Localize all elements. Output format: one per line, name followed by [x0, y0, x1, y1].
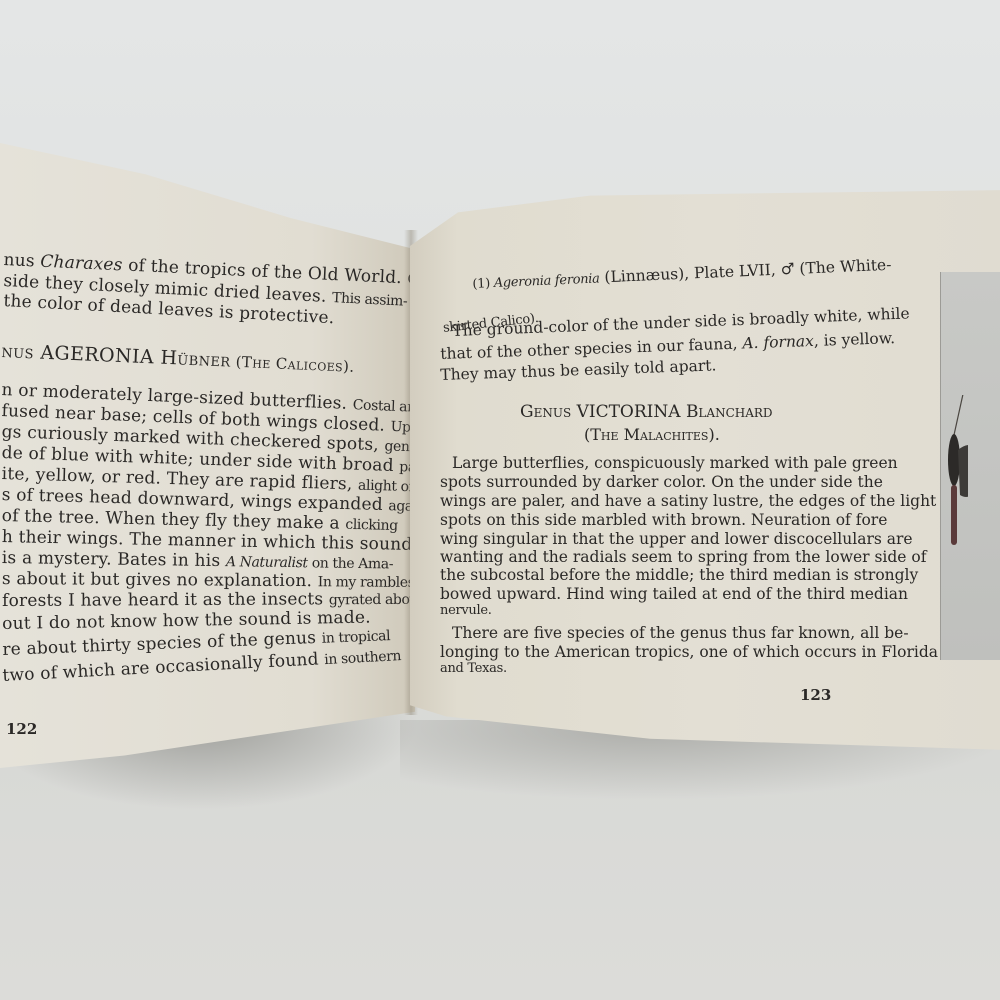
left-genus-heading: nus AGERONIA Hübner (The Calicoes).: [1, 340, 355, 377]
page-number-left: 122: [6, 720, 37, 738]
description-line: spots surrounded by darker color. On the…: [440, 473, 883, 491]
description-line: nervule.: [440, 603, 492, 618]
closing-line: There are five species of the genus thus…: [452, 624, 909, 642]
description-line: the subcostal before the middle; the thi…: [440, 566, 918, 584]
description-line: Large butterflies, conspicuously marked …: [452, 454, 898, 472]
victorina-genus-heading: Genus VICTORINA Blanchard: [520, 402, 773, 422]
butterfly-icon: [946, 395, 968, 555]
closing-line: longing to the American tropics, one of …: [440, 643, 938, 661]
closing-line: and Texas.: [440, 661, 507, 676]
species-entry-line-1: (1) Ageronia feronia (Linnæus), Plate LV…: [472, 256, 892, 292]
description-line: spots on this side marbled with brown. N…: [440, 511, 887, 529]
right-page-text: (1) Ageronia feronia (Linnæus), Plate LV…: [410, 0, 940, 800]
description-line: wings are paler, and have a satiny lustr…: [440, 492, 936, 510]
description-line: wing singular in that the upper and lowe…: [440, 530, 913, 548]
description-line: bowed upward. Hind wing tailed at end of…: [440, 585, 908, 603]
description-line: wanting and the radials seem to spring f…: [440, 548, 926, 566]
left-page-text: nus Charaxes of the tropics of the Old W…: [0, 0, 415, 800]
victorina-common-name: (The Malachites).: [584, 425, 720, 444]
page-number-right: 123: [800, 686, 831, 704]
